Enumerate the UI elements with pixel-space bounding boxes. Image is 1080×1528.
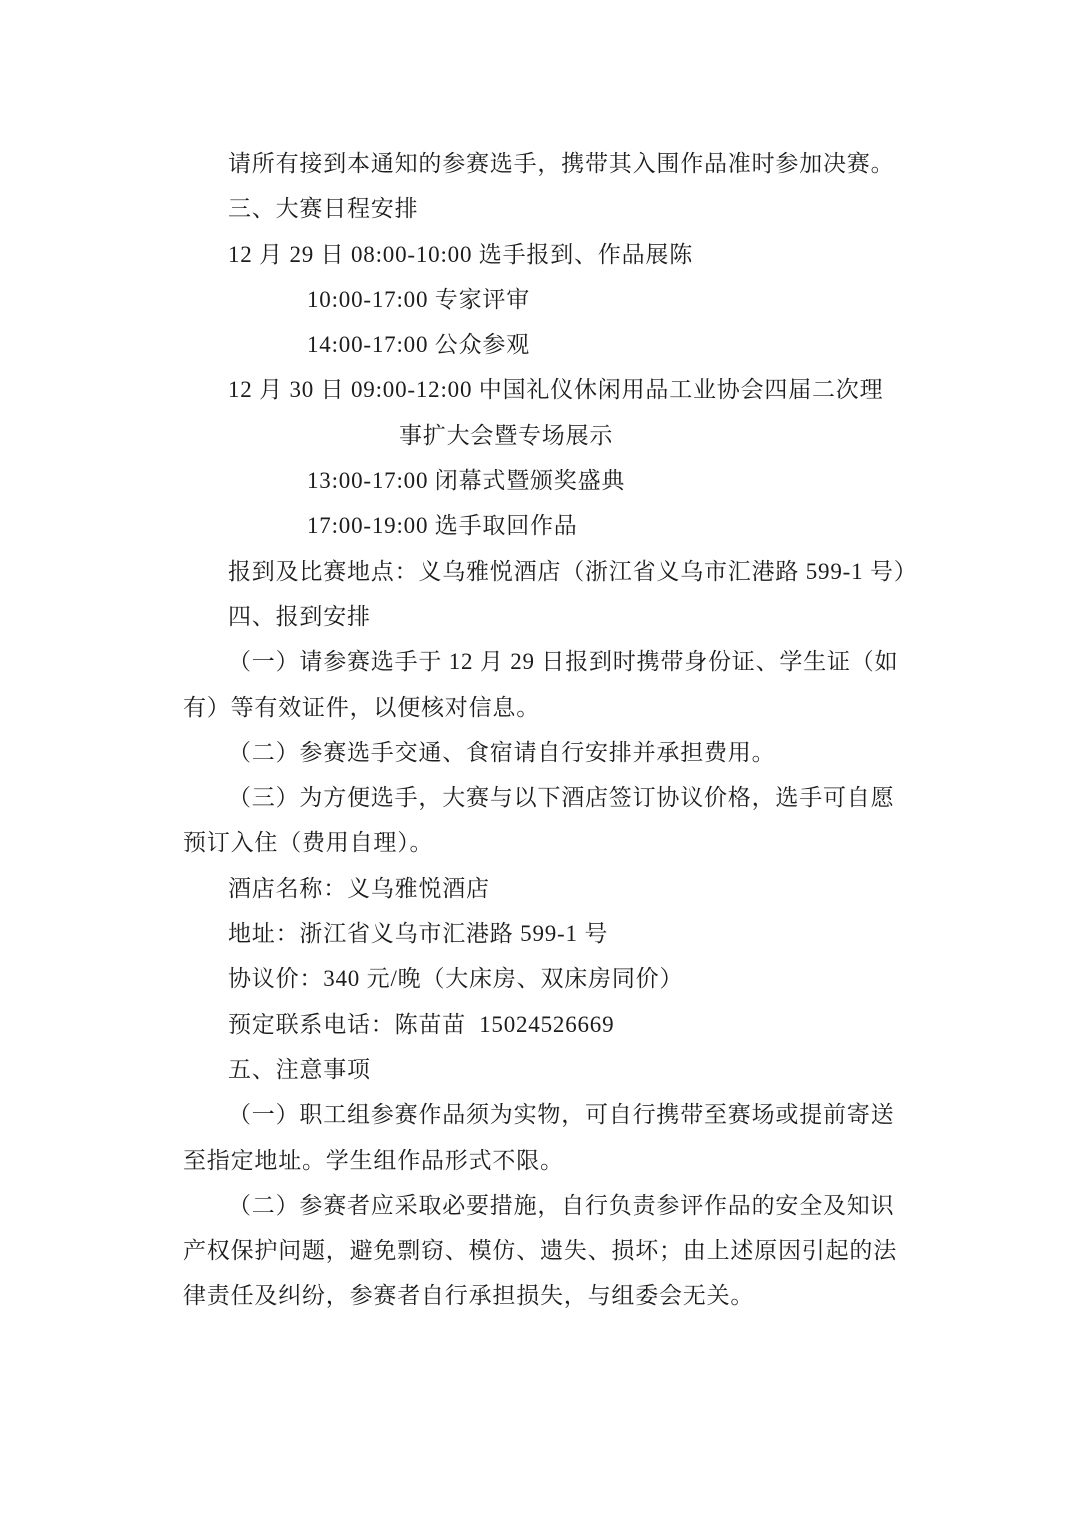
hotel-rate-line: 协议价：340 元/晚（大床房、双床房同价） — [0, 956, 1080, 1001]
schedule-dec29-judging: 10:00-17:00 专家评审 — [0, 277, 1080, 322]
document-page: 请所有接到本通知的参赛选手，携带其入围作品准时参加决赛。 三、大赛日程安排 12… — [0, 0, 1080, 1528]
section-heading-3-schedule: 三、大赛日程安排 — [0, 186, 1080, 231]
document-body: 请所有接到本通知的参赛选手，携带其入围作品准时参加决赛。 三、大赛日程安排 12… — [0, 141, 1080, 1319]
text-line-final-notice: 请所有接到本通知的参赛选手，携带其入围作品准时参加决赛。 — [0, 141, 1080, 186]
checkin-item-3-wrap: 预订入住（费用自理）。 — [0, 820, 1080, 865]
notes-item-2-wrap-b: 律责任及纠纷，参赛者自行承担损失，与组委会无关。 — [0, 1273, 1080, 1318]
section-heading-4-checkin: 四、报到安排 — [0, 594, 1080, 639]
schedule-dec30-pickup: 17:00-19:00 选手取回作品 — [0, 503, 1080, 548]
schedule-dec30-meeting-wrap: 事扩大会暨专场展示 — [0, 413, 1080, 458]
schedule-dec30-closing: 13:00-17:00 闭幕式暨颁奖盛典 — [0, 458, 1080, 503]
hotel-name-line: 酒店名称：义乌雅悦酒店 — [0, 866, 1080, 911]
schedule-dec29-checkin: 12 月 29 日 08:00-10:00 选手报到、作品展陈 — [0, 232, 1080, 277]
notes-item-1: （一）职工组参赛作品须为实物，可自行携带至赛场或提前寄送 — [0, 1092, 1080, 1137]
hotel-contact-line: 预定联系电话：陈苗苗 15024526669 — [0, 1002, 1080, 1047]
notes-item-2: （二）参赛者应采取必要措施，自行负责参评作品的安全及知识 — [0, 1183, 1080, 1228]
checkin-item-1: （一）请参赛选手于 12 月 29 日报到时携带身份证、学生证（如 — [0, 639, 1080, 684]
checkin-item-1-wrap: 有）等有效证件，以便核对信息。 — [0, 685, 1080, 730]
hotel-address-line: 地址：浙江省义乌市汇港路 599-1 号 — [0, 911, 1080, 956]
notes-item-1-wrap: 至指定地址。学生组作品形式不限。 — [0, 1138, 1080, 1183]
venue-line: 报到及比赛地点：义乌雅悦酒店（浙江省义乌市汇港路 599-1 号） — [0, 549, 1080, 594]
checkin-item-3: （三）为方便选手，大赛与以下酒店签订协议价格，选手可自愿 — [0, 775, 1080, 820]
notes-item-2-wrap-a: 产权保护问题，避免剽窃、模仿、遗失、损坏；由上述原因引起的法 — [0, 1228, 1080, 1273]
schedule-dec29-public-view: 14:00-17:00 公众参观 — [0, 322, 1080, 367]
section-heading-5-notes: 五、注意事项 — [0, 1047, 1080, 1092]
schedule-dec30-meeting: 12 月 30 日 09:00-12:00 中国礼仪休闲用品工业协会四届二次理 — [0, 367, 1080, 412]
checkin-item-2: （二）参赛选手交通、食宿请自行安排并承担费用。 — [0, 730, 1080, 775]
